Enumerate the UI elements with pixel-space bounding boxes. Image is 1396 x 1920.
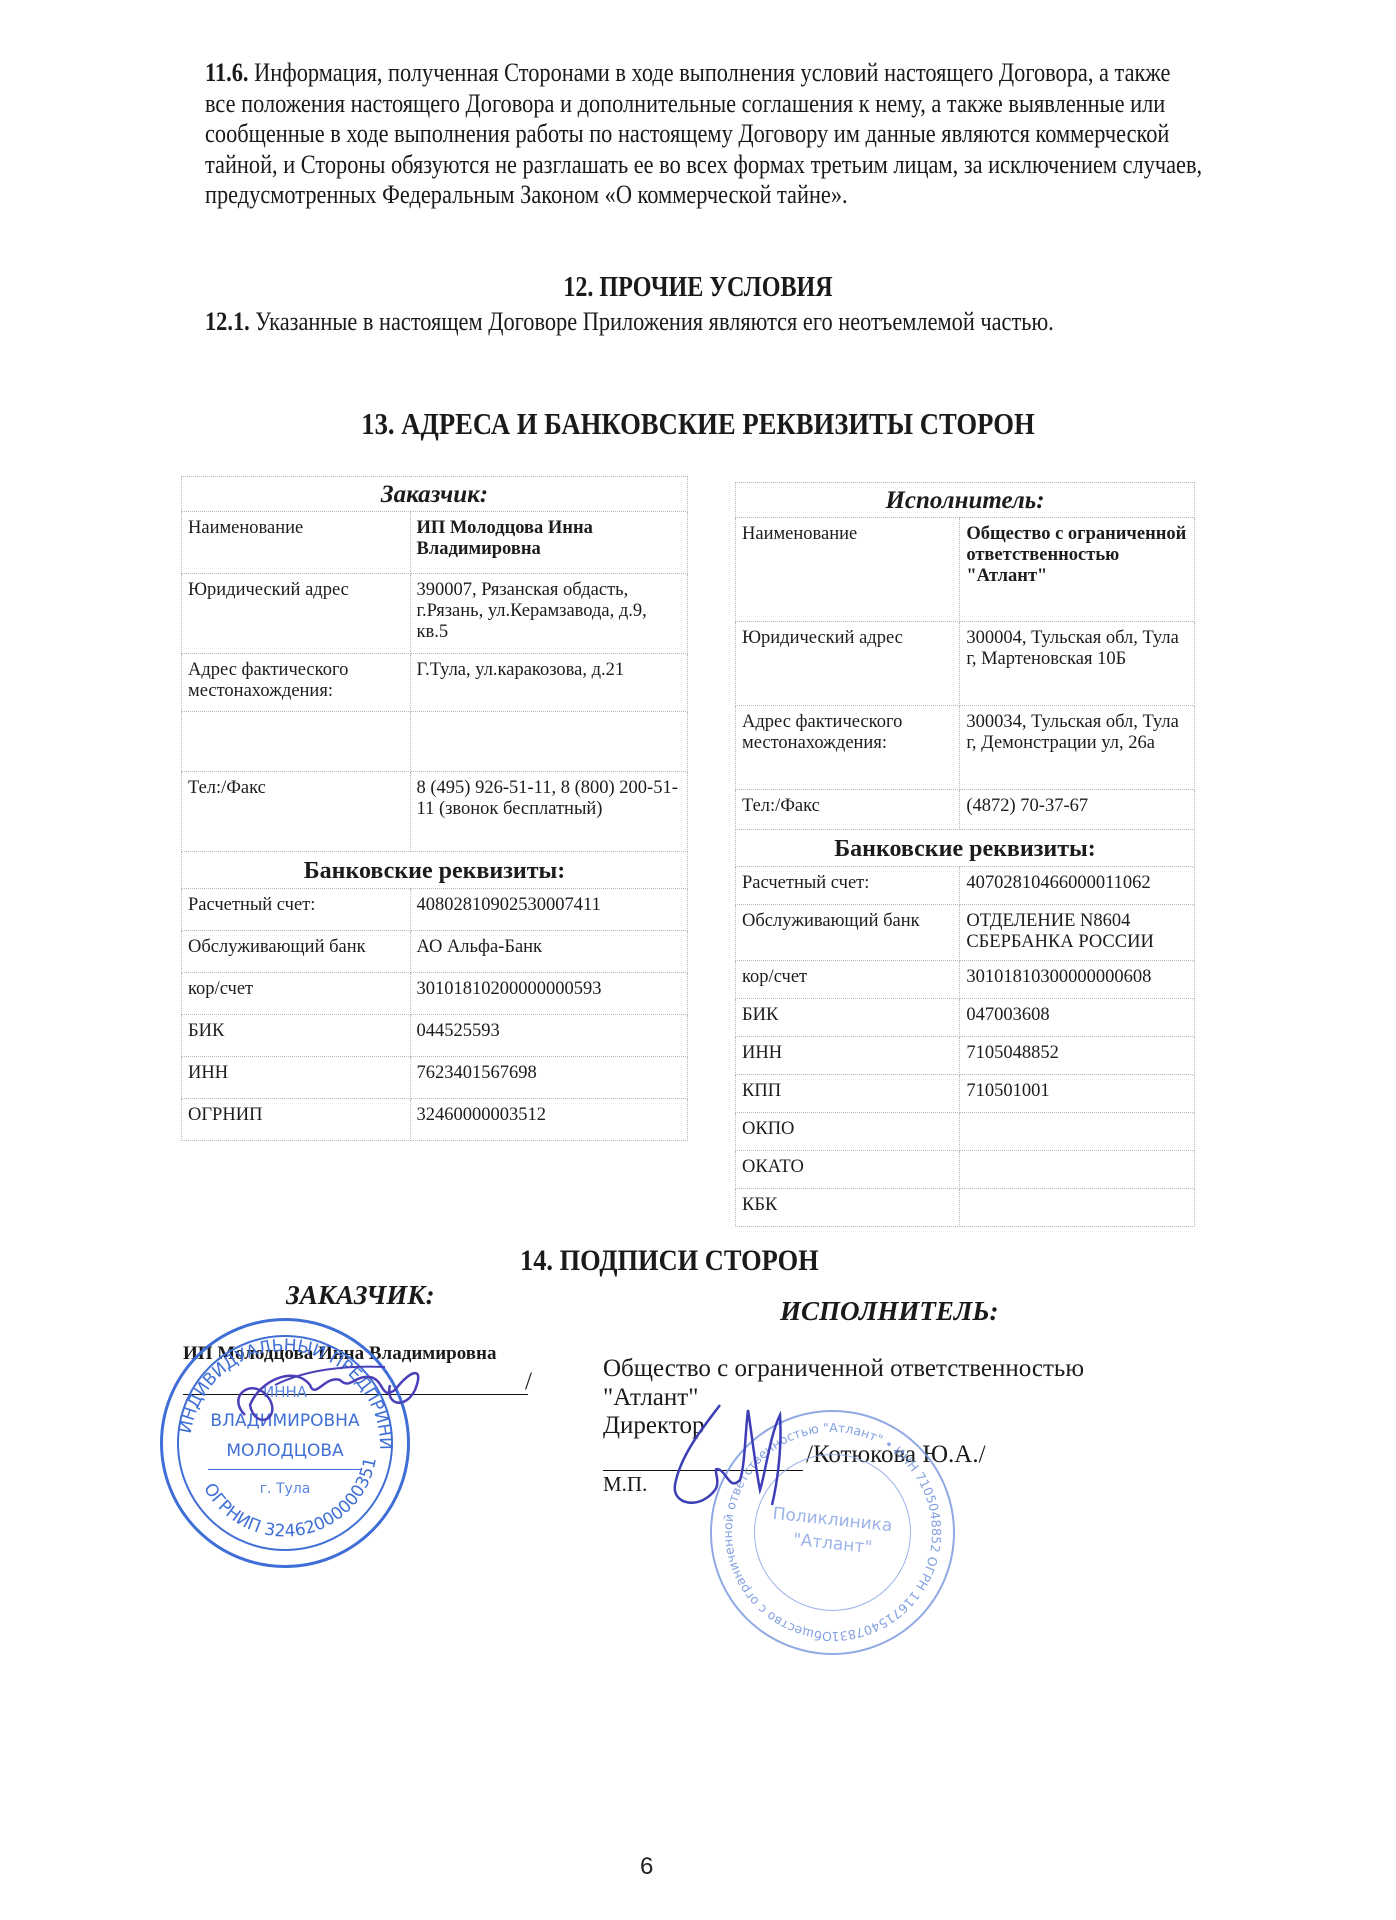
row-value bbox=[960, 1189, 1195, 1227]
page-number: 6 bbox=[640, 1853, 653, 1881]
contractor-mp-label: М.П. bbox=[603, 1472, 647, 1497]
row-value: 30101810300000000608 bbox=[960, 961, 1195, 999]
table-row bbox=[182, 712, 688, 772]
clause-text: Указанные в настоящем Договоре Приложени… bbox=[255, 307, 1053, 336]
row-value: Г.Тула, ул.каракозова, д.21 bbox=[410, 654, 687, 712]
section-13-title: 13. АДРЕСА И БАНКОВСКИЕ РЕКВИЗИТЫ СТОРОН bbox=[98, 406, 1299, 442]
row-label: Обслуживающий банк bbox=[736, 905, 960, 961]
row-label: ИНН bbox=[182, 1057, 411, 1099]
row-label: КБК bbox=[736, 1189, 960, 1227]
row-label: кор/счет bbox=[736, 961, 960, 999]
row-label: Юридический адрес bbox=[736, 622, 960, 706]
row-label: Юридический адрес bbox=[182, 574, 411, 654]
table-row: Обслуживающий банк ОТДЕЛЕНИЕ N8604 СБЕРБ… bbox=[736, 905, 1195, 961]
row-value: 8 (495) 926-51-11, 8 (800) 200-51-11 (зв… bbox=[410, 772, 687, 852]
row-value: АО Альфа-Банк bbox=[410, 931, 687, 973]
table-row: Адрес фактического местонахождения: Г.Ту… bbox=[182, 654, 688, 712]
table-row: КБК bbox=[736, 1189, 1195, 1227]
table-row: Тел:/Факс (4872) 70-37-67 bbox=[736, 790, 1195, 830]
table-row: Обслуживающий банк АО Альфа-Банк bbox=[182, 931, 688, 973]
clause-text: Информация, полученная Сторонами в ходе … bbox=[205, 58, 1202, 209]
row-label: ОГРНИП bbox=[182, 1099, 411, 1141]
row-value bbox=[410, 712, 687, 772]
row-label: Обслуживающий банк bbox=[182, 931, 411, 973]
row-value: 7105048852 bbox=[960, 1037, 1195, 1075]
row-label: БИК bbox=[736, 999, 960, 1037]
row-label: Адрес фактического местонахождения: bbox=[736, 706, 960, 790]
table-row: Расчетный счет: 40702810466000011062 bbox=[736, 867, 1195, 905]
customer-requisites-table: Заказчик: Наименование ИП Молодцова Инна… bbox=[181, 476, 688, 1141]
row-value: 32460000003512 bbox=[410, 1099, 687, 1141]
table-row: Наименование ИП Молодцова Инна Владимиро… bbox=[182, 512, 688, 574]
stamp-line-3: МОЛОДЦОВА bbox=[163, 1441, 407, 1461]
row-label bbox=[182, 712, 411, 772]
customer-caption: Заказчик: bbox=[182, 477, 688, 512]
row-value: 30101810200000000593 bbox=[410, 973, 687, 1015]
row-label: КПП bbox=[736, 1075, 960, 1113]
row-value: 7623401567698 bbox=[410, 1057, 687, 1099]
contractor-bank-caption: Банковские реквизиты: bbox=[736, 830, 1195, 867]
table-row: КПП 710501001 bbox=[736, 1075, 1195, 1113]
table-row: ОКАТО bbox=[736, 1151, 1195, 1189]
contractor-caption: Исполнитель: bbox=[736, 483, 1195, 518]
row-value: 300034, Тульская обл, Тула г, Демонстрац… bbox=[960, 706, 1195, 790]
row-value: ОТДЕЛЕНИЕ N8604 СБЕРБАНКА РОССИИ bbox=[960, 905, 1195, 961]
table-row: Тел:/Факс 8 (495) 926-51-11, 8 (800) 200… bbox=[182, 772, 688, 852]
row-label: Адрес фактического местонахождения: bbox=[182, 654, 411, 712]
row-value: 044525593 bbox=[410, 1015, 687, 1057]
row-label: БИК bbox=[182, 1015, 411, 1057]
row-label: Расчетный счет: bbox=[182, 889, 411, 931]
row-value: 300004, Тульская обл, Тула г, Мартеновск… bbox=[960, 622, 1195, 706]
row-value: (4872) 70-37-67 bbox=[960, 790, 1195, 830]
stamp-city: г. Тула bbox=[163, 1481, 407, 1497]
section-14-title: 14. ПОДПИСИ СТОРОН bbox=[520, 1244, 819, 1278]
row-label: ОКПО bbox=[736, 1113, 960, 1151]
table-row: Наименование Общество с ограниченной отв… bbox=[736, 518, 1195, 622]
table-row: БИК 047003608 bbox=[736, 999, 1195, 1037]
row-value: 047003608 bbox=[960, 999, 1195, 1037]
table-row: Юридический адрес 390007, Рязанская обда… bbox=[182, 574, 688, 654]
row-value: Общество с ограниченной ответственностью… bbox=[960, 518, 1195, 622]
row-value bbox=[960, 1151, 1195, 1189]
contractor-party-label: ИСПОЛНИТЕЛЬ: bbox=[780, 1296, 999, 1327]
row-label: Наименование bbox=[182, 512, 411, 574]
contractor-signature-icon bbox=[660, 1395, 810, 1525]
row-value: 40702810466000011062 bbox=[960, 867, 1195, 905]
table-row: Юридический адрес 300004, Тульская обл, … bbox=[736, 622, 1195, 706]
customer-signature-slash: / bbox=[525, 1368, 532, 1396]
row-label: ИНН bbox=[736, 1037, 960, 1075]
table-row: ИНН 7105048852 bbox=[736, 1037, 1195, 1075]
table-row: кор/счет 30101810300000000608 bbox=[736, 961, 1195, 999]
row-label: Наименование bbox=[736, 518, 960, 622]
customer-bank-caption: Банковские реквизиты: bbox=[182, 852, 688, 889]
row-label: Тел:/Факс bbox=[182, 772, 411, 852]
table-row: Адрес фактического местонахождения: 3000… bbox=[736, 706, 1195, 790]
row-label: Тел:/Факс bbox=[736, 790, 960, 830]
table-row: БИК 044525593 bbox=[182, 1015, 688, 1057]
customer-party-label: ЗАКАЗЧИК: bbox=[286, 1280, 435, 1311]
table-row: Расчетный счет: 40802810902530007411 bbox=[182, 889, 688, 931]
row-value: 40802810902530007411 bbox=[410, 889, 687, 931]
clause-11-6: 11.6. Информация, полученная Сторонами в… bbox=[205, 58, 1203, 211]
row-label: ОКАТО bbox=[736, 1151, 960, 1189]
row-value bbox=[960, 1113, 1195, 1151]
row-label: кор/счет bbox=[182, 973, 411, 1015]
row-value: ИП Молодцова Инна Владимировна bbox=[410, 512, 687, 574]
table-row: кор/счет 30101810200000000593 bbox=[182, 973, 688, 1015]
customer-signature-icon bbox=[215, 1345, 445, 1435]
table-row: ИНН 7623401567698 bbox=[182, 1057, 688, 1099]
table-row: ОГРНИП 32460000003512 bbox=[182, 1099, 688, 1141]
row-label: Расчетный счет: bbox=[736, 867, 960, 905]
section-12-title: 12. ПРОЧИЕ УСЛОВИЯ bbox=[98, 272, 1299, 304]
clause-12-1: 12.1. Указанные в настоящем Договоре При… bbox=[205, 307, 1203, 338]
contractor-org-line-1: Общество с ограниченной ответственностью bbox=[603, 1355, 1084, 1383]
clause-number: 12.1. bbox=[205, 307, 250, 336]
clause-number: 11.6. bbox=[205, 58, 248, 87]
row-value: 390007, Рязанская обдасть, г.Рязань, ул.… bbox=[410, 574, 687, 654]
contractor-requisites-table: Исполнитель: Наименование Общество с огр… bbox=[735, 482, 1195, 1227]
row-value: 710501001 bbox=[960, 1075, 1195, 1113]
stamp-divider bbox=[208, 1469, 362, 1470]
table-row: ОКПО bbox=[736, 1113, 1195, 1151]
